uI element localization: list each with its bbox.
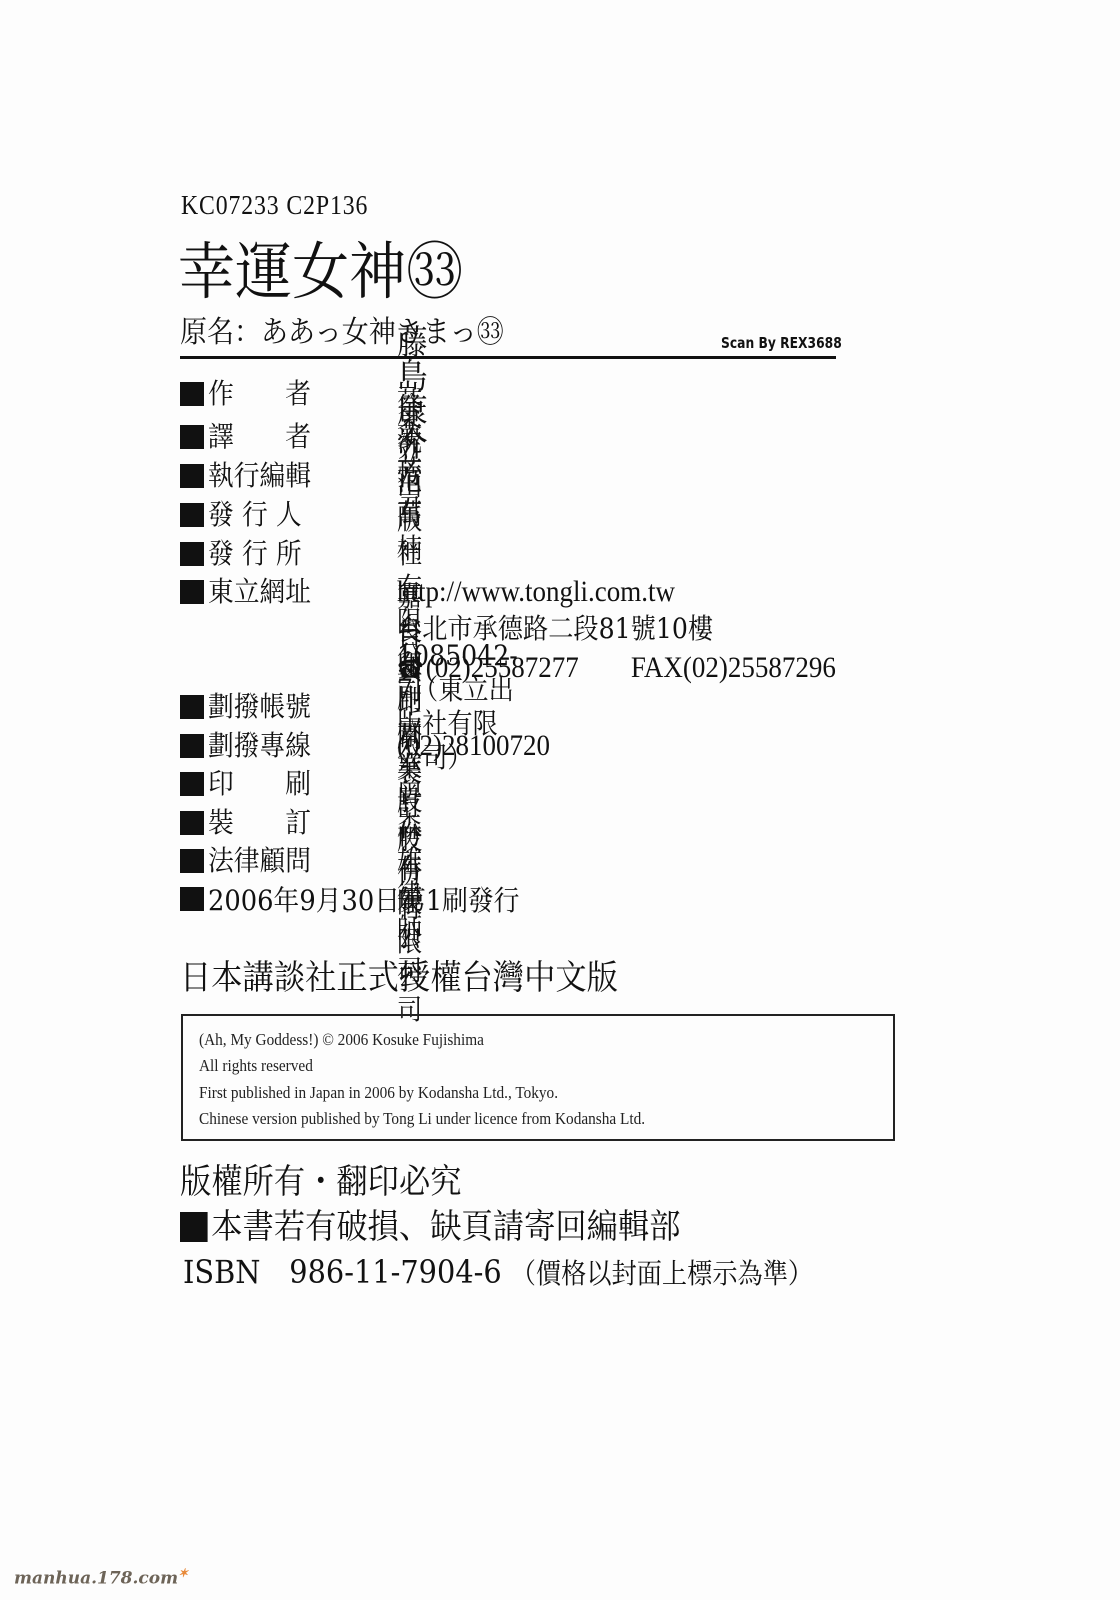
credit-row-website: 東立網址 http://www.tongli.com.tw	[180, 573, 330, 611]
website-url[interactable]: http://www.tongli.com.tw	[397, 575, 675, 609]
credit-label: 發 行 人	[208, 498, 320, 532]
publish-date-row: 2006年9月30日第1刷發行	[180, 880, 547, 918]
bullet-square-icon	[180, 580, 204, 604]
star-icon: ✶	[178, 1566, 188, 1580]
credit-row-publisher: 發 行 人 范萬楠	[180, 496, 330, 534]
credit-row-binding: 裝 訂 台興印刷裝訂股份有限公司	[180, 804, 330, 842]
bullet-square-icon	[180, 811, 204, 835]
credit-label: 東立網址	[208, 575, 320, 609]
damage-notice: 本書若有破損、缺頁請寄回編輯部	[211, 1205, 680, 1249]
authorization-notice: 日本講談社正式授權台灣中文版	[180, 957, 618, 999]
credit-label: 發 行 所	[208, 537, 320, 571]
price-note: （價格以封面上標示為準）	[511, 1257, 813, 1290]
title-divider	[180, 356, 836, 359]
watermark: manhua.178.com✶	[14, 1566, 188, 1589]
scanner-credit: Scan By REX3688	[721, 334, 842, 352]
credit-value: 曾森雄律師	[397, 776, 422, 946]
credit-row-editor: 執行編輯 沈怡君	[180, 457, 330, 495]
publish-date: 2006年9月30日第1刷發行	[208, 879, 519, 919]
fax-number: FAX(02)25587296	[631, 651, 836, 684]
bullet-square-icon	[180, 542, 204, 566]
bullet-square-icon	[180, 849, 204, 873]
credit-label: 法律顧問	[208, 844, 320, 878]
credit-row-transfer-hotline: 劃撥專線 (02)28100720	[180, 727, 330, 765]
credit-label: 劃撥專線	[208, 729, 320, 763]
bullet-square-icon	[180, 734, 204, 758]
credit-label: 裝 訂	[208, 806, 320, 840]
bullet-square-icon	[180, 425, 204, 449]
damage-notice-row: 本書若有破損、缺頁請寄回編輯部	[180, 1205, 680, 1249]
credit-label: 劃撥帳號	[208, 690, 320, 724]
credit-label: 印 刷	[208, 767, 320, 801]
bullet-square-icon	[180, 772, 204, 796]
credit-label: 作 者	[208, 377, 320, 411]
credit-row-publishing-house: 發 行 所 東立出版社有限公司	[180, 535, 330, 573]
credit-row-transfer-account: 劃撥帳號 1085042-7（東立出版社有限公司）	[180, 688, 330, 726]
bullet-square-icon	[180, 887, 204, 911]
credit-label: 譯 者	[208, 420, 320, 454]
copyright-line: (Ah, My Goddess!) © 2006 Kosuke Fujishim…	[199, 1030, 484, 1050]
copyright-box: (Ah, My Goddess!) © 2006 Kosuke Fujishim…	[181, 1014, 895, 1141]
credit-row-translator: 譯 者 蔡夢芳	[180, 418, 330, 456]
bullet-square-icon	[180, 1212, 208, 1242]
bullet-square-icon	[180, 464, 204, 488]
credit-row-printing: 印 刷 嘉良印刷實業股份有限公司	[180, 765, 330, 803]
credit-label: 執行編輯	[208, 459, 320, 493]
rights-notice: 版權所有・翻印必究	[180, 1160, 462, 1204]
bullet-square-icon	[180, 503, 204, 527]
book-title: 幸運女神㉝	[178, 234, 463, 310]
bullet-square-icon	[180, 695, 204, 719]
watermark-text: manhua.178.com	[14, 1569, 178, 1589]
copyright-line: Chinese version published by Tong Li und…	[199, 1109, 645, 1129]
bullet-square-icon	[180, 382, 204, 406]
isbn: ISBN 986-11-7904-6	[183, 1253, 502, 1291]
catalog-code: KC07233 C2P136	[181, 190, 368, 221]
credit-row-legal-counsel: 法律顧問 曾森雄律師	[180, 842, 330, 880]
credit-row-author: 作 者 藤島康介	[180, 375, 330, 413]
isbn-line: ISBN 986-11-7904-6（價格以封面上標示為準）	[183, 1252, 813, 1294]
original-title: 原名：ああっ女神さまっ㉝	[180, 313, 504, 353]
copyright-line: First published in Japan in 2006 by Koda…	[199, 1083, 558, 1103]
copyright-line: All rights reserved	[199, 1056, 313, 1076]
